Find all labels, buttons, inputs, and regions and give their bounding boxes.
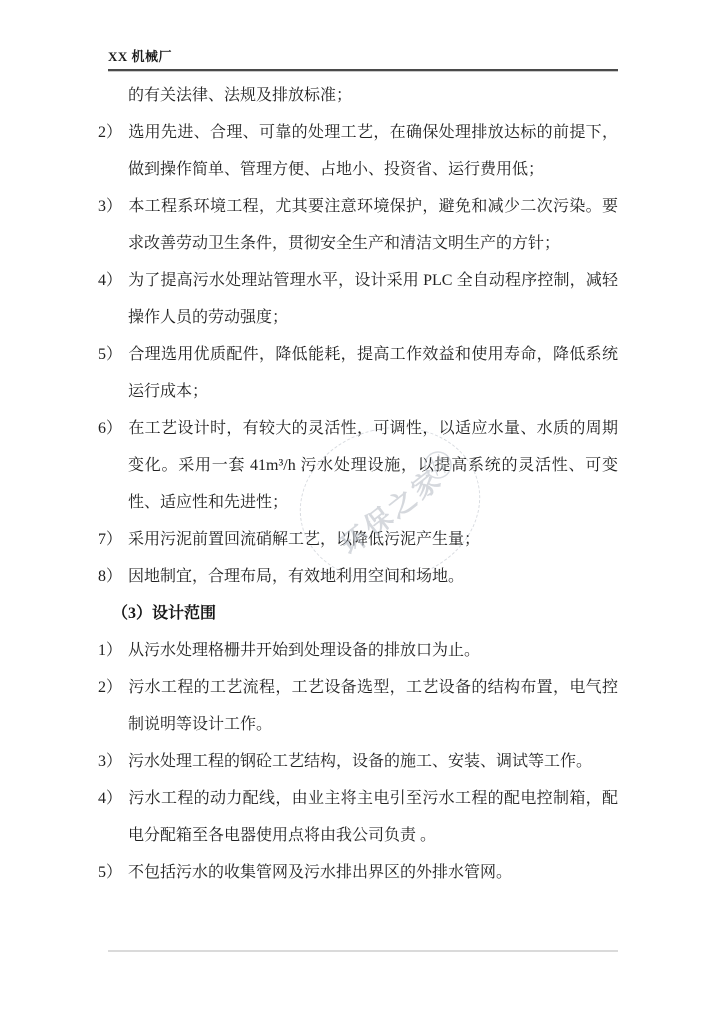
scope-item-2: 2）污水工程的工艺流程，工艺设备选型，工艺设备的结构布置，电气控制说明等设计工作… bbox=[98, 669, 618, 743]
item-marker: 7） bbox=[98, 521, 128, 558]
item-marker: 4） bbox=[98, 780, 128, 817]
list-item-8: 8）因地制宜，合理布局，有效地利用空间和场地。 bbox=[98, 558, 618, 595]
paragraph-text: 因地制宜，合理布局，有效地利用空间和场地。 bbox=[128, 568, 464, 585]
item-marker: 5） bbox=[98, 336, 128, 373]
scope-item-4: 4）污水工程的动力配线，由业主将主电引至污水工程的配电控制箱，配电分配箱至各电器… bbox=[98, 780, 618, 854]
item-marker: 3） bbox=[98, 743, 128, 780]
footer-divider bbox=[108, 950, 618, 952]
paragraph-text: 污水工程的动力配线，由业主将主电引至污水工程的配电控制箱，配电分配箱至各电器使用… bbox=[128, 790, 618, 844]
paragraph-text: 的有关法律、法规及排放标准； bbox=[128, 87, 352, 104]
list-item-6: 6）在工艺设计时，有较大的灵活性，可调性，以适应水量、水质的周期变化。采用一套 … bbox=[98, 410, 618, 521]
item-marker: 4） bbox=[98, 262, 128, 299]
page-header: XX 机械厂 bbox=[108, 48, 618, 71]
document-page: XX 机械厂 环保之家 的有关法律、法规及排放标准； 2）选用先进、合理、可靠的… bbox=[0, 0, 728, 1030]
company-name: XX 机械厂 bbox=[108, 49, 172, 64]
paragraph-text: 污水工程的工艺流程，工艺设备选型，工艺设备的结构布置，电气控制说明等设计工作。 bbox=[128, 679, 618, 733]
paragraph-text: 本工程系环境工程，尤其要注意环境保护，避免和减少二次污染。要求改善劳动卫生条件，… bbox=[128, 198, 618, 252]
paragraph-continuation: 的有关法律、法规及排放标准； bbox=[98, 77, 618, 114]
paragraph-text: 从污水处理格栅井开始到处理设备的排放口为止。 bbox=[128, 642, 480, 659]
item-marker: 8） bbox=[98, 558, 128, 595]
scope-item-1: 1）从污水处理格栅井开始到处理设备的排放口为止。 bbox=[98, 632, 618, 669]
paragraph-text: 不包括污水的收集管网及污水排出界区的外排水管网。 bbox=[128, 864, 512, 881]
item-marker: 6） bbox=[98, 410, 128, 447]
paragraph-text: 合理选用优质配件，降低能耗，提高工作效益和使用寿命，降低系统运行成本； bbox=[128, 346, 618, 400]
paragraph-text: 污水处理工程的钢砼工艺结构，设备的施工、安装、调试等工作。 bbox=[128, 753, 592, 770]
item-marker: 3） bbox=[98, 188, 128, 225]
paragraph-text: 为了提高污水处理站管理水平，设计采用 PLC 全自动程序控制，减轻操作人员的劳动… bbox=[128, 272, 618, 326]
scope-item-5: 5）不包括污水的收集管网及污水排出界区的外排水管网。 bbox=[98, 854, 618, 891]
list-item-4: 4）为了提高污水处理站管理水平，设计采用 PLC 全自动程序控制，减轻操作人员的… bbox=[98, 262, 618, 336]
paragraph-text: 采用污泥前置回流硝解工艺，以降低污泥产生量； bbox=[128, 531, 480, 548]
list-item-3: 3）本工程系环境工程，尤其要注意环境保护，避免和减少二次污染。要求改善劳动卫生条… bbox=[98, 188, 618, 262]
section-heading-design-scope: （3）设计范围 bbox=[98, 595, 618, 632]
list-item-5: 5）合理选用优质配件，降低能耗，提高工作效益和使用寿命，降低系统运行成本； bbox=[98, 336, 618, 410]
heading-text: （3）设计范围 bbox=[112, 605, 216, 622]
item-marker: 2） bbox=[98, 669, 128, 706]
item-marker: 2） bbox=[98, 114, 128, 151]
list-item-7: 7）采用污泥前置回流硝解工艺，以降低污泥产生量； bbox=[98, 521, 618, 558]
item-marker: 5） bbox=[98, 854, 128, 891]
list-item-2: 2）选用先进、合理、可靠的处理工艺，在确保处理排放达标的前提下，做到操作简单、管… bbox=[98, 114, 618, 188]
paragraph-text: 选用先进、合理、可靠的处理工艺，在确保处理排放达标的前提下，做到操作简单、管理方… bbox=[128, 124, 618, 178]
scope-item-3: 3）污水处理工程的钢砼工艺结构，设备的施工、安装、调试等工作。 bbox=[98, 743, 618, 780]
paragraph-text: 在工艺设计时，有较大的灵活性，可调性，以适应水量、水质的周期变化。采用一套 41… bbox=[128, 420, 618, 511]
document-body: 的有关法律、法规及排放标准； 2）选用先进、合理、可靠的处理工艺，在确保处理排放… bbox=[98, 77, 618, 891]
item-marker: 1） bbox=[98, 632, 128, 669]
